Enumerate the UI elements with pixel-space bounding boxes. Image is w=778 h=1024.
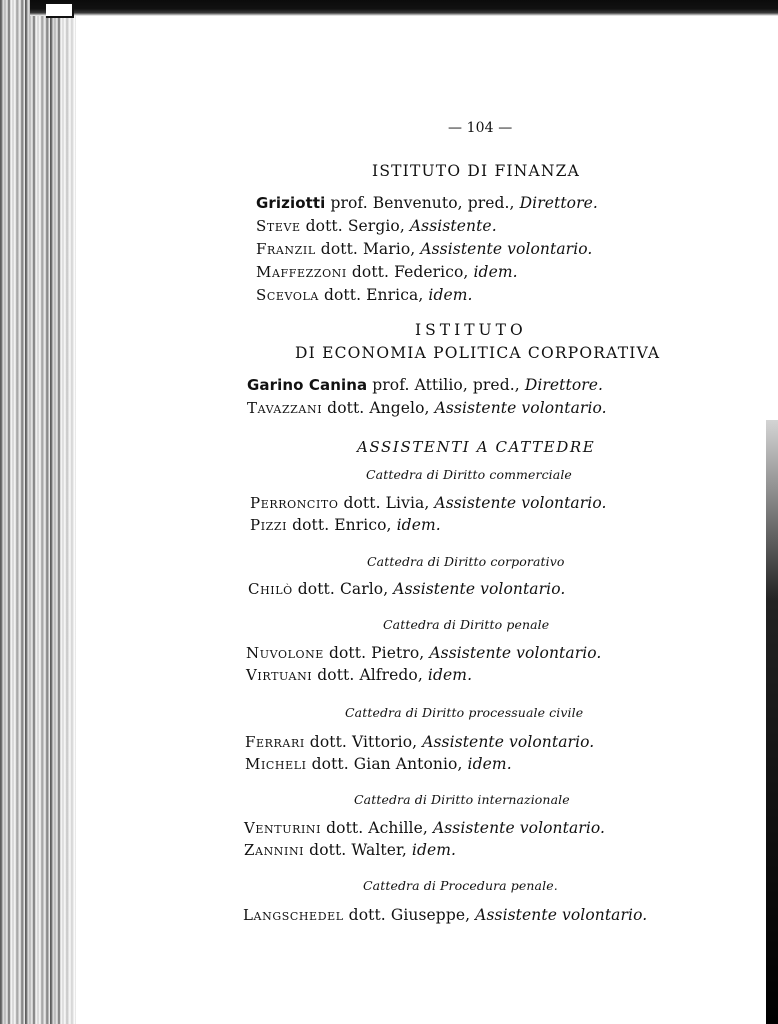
entry-perroncito: Perroncito dott. Livia, Assistente volon… <box>250 493 607 513</box>
entry-scevola: Scevola dott. Enrica, idem. <box>256 285 473 305</box>
surname: Griziotti <box>256 194 325 212</box>
chair-diritto-internazionale: Cattedra di Diritto internazionale <box>354 790 570 810</box>
entry-tavazzani: Tavazzani dott. Angelo, Assistente volon… <box>247 398 607 418</box>
surname: Perroncito <box>250 494 338 512</box>
role: Assistente volontario. <box>420 240 592 258</box>
role: idem. <box>428 666 472 684</box>
assistants-title: ASSISTENTI A CATTEDRE <box>357 437 595 457</box>
role: idem. <box>428 286 472 304</box>
surname: Scevola <box>256 286 319 304</box>
role: Assistente. <box>410 217 497 235</box>
surname: Steve <box>256 217 301 235</box>
role: Assistente volontario. <box>475 906 647 924</box>
role: Assistente volontario. <box>434 494 606 512</box>
role: Assistente volontario. <box>435 399 607 417</box>
entry-details: dott. Enrica, <box>319 286 428 304</box>
surname: Zannini <box>244 841 304 859</box>
entry-details: dott. Carlo, <box>293 580 394 598</box>
entry-virtuani: Virtuani dott. Alfredo, idem. <box>246 665 472 685</box>
entry-maffezzoni: Maffezzoni dott. Federico, idem. <box>256 262 518 282</box>
entry-details: dott. Gian Antonio, <box>307 755 468 773</box>
role: Assistente volontario. <box>422 733 594 751</box>
chair-diritto-penale: Cattedra di Diritto penale <box>383 615 549 635</box>
surname: Venturini <box>244 819 321 837</box>
entry-steve: Steve dott. Sergio, Assistente. <box>256 216 497 236</box>
entry-langschedel: Langschedel dott. Giuseppe, Assistente v… <box>243 905 647 925</box>
surname: Langschedel <box>243 906 344 924</box>
entry-nuvolone: Nuvolone dott. Pietro, Assistente volont… <box>246 643 601 663</box>
surname: Garino Canina <box>247 376 367 394</box>
chair-diritto-processuale-civile: Cattedra di Diritto processuale civile <box>345 703 583 723</box>
surname: Micheli <box>245 755 307 773</box>
entry-details: dott. Alfredo, <box>312 666 428 684</box>
document-page: — 104 — ISTITUTO DI FINANZA Griziotti pr… <box>0 0 778 1024</box>
entry-details: dott. Livia, <box>338 494 434 512</box>
entry-griziotti: Griziotti prof. Benvenuto, pred., Dirett… <box>256 193 598 213</box>
role: Direttore. <box>525 376 603 394</box>
page-number: — 104 — <box>448 118 512 138</box>
role: idem. <box>468 755 512 773</box>
chair-diritto-corporativo: Cattedra di Diritto corporativo <box>367 552 565 572</box>
entry-venturini: Venturini dott. Achille, Assistente volo… <box>244 818 605 838</box>
entry-details: dott. Pietro, <box>324 644 429 662</box>
entry-zannini: Zannini dott. Walter, idem. <box>244 840 456 860</box>
entry-ferrari: Ferrari dott. Vittorio, Assistente volon… <box>245 732 594 752</box>
role: idem. <box>397 516 441 534</box>
entry-details: dott. Mario, <box>316 240 421 258</box>
role: idem. <box>412 841 456 859</box>
entry-franzil: Franzil dott. Mario, Assistente volontar… <box>256 239 592 259</box>
entry-pizzi: Pizzi dott. Enrico, idem. <box>250 515 441 535</box>
chair-diritto-commerciale: Cattedra di Diritto commerciale <box>366 465 572 485</box>
surname: Ferrari <box>245 733 305 751</box>
entry-micheli: Micheli dott. Gian Antonio, idem. <box>245 754 512 774</box>
role: Assistente volontario. <box>429 644 601 662</box>
entry-garino-canina: Garino Canina prof. Attilio, pred., Dire… <box>247 375 603 395</box>
section-title-istituto-line1: ISTITUTO <box>415 320 527 340</box>
entry-chilo: Chilò dott. Carlo, Assistente volontario… <box>248 579 565 599</box>
surname: Nuvolone <box>246 644 324 662</box>
role: idem. <box>473 263 517 281</box>
surname: Virtuani <box>246 666 312 684</box>
entry-details: prof. Benvenuto, pred., <box>325 194 519 212</box>
entry-details: dott. Federico, <box>347 263 474 281</box>
surname: Tavazzani <box>247 399 322 417</box>
entry-details: dott. Angelo, <box>322 399 434 417</box>
entry-details: dott. Vittorio, <box>305 733 422 751</box>
entry-details: dott. Sergio, <box>301 217 410 235</box>
role: Assistente volontario. <box>393 580 565 598</box>
chair-procedura-penale: Cattedra di Procedura penale. <box>363 876 558 896</box>
entry-details: dott. Achille, <box>321 819 433 837</box>
surname: Chilò <box>248 580 293 598</box>
entry-details: prof. Attilio, pred., <box>367 376 525 394</box>
surname: Franzil <box>256 240 316 258</box>
surname: Pizzi <box>250 516 287 534</box>
section-title-istituto-line2: DI ECONOMIA POLITICA CORPORATIVA <box>295 343 660 363</box>
surname: Maffezzoni <box>256 263 347 281</box>
entry-details: dott. Walter, <box>304 841 412 859</box>
role: Assistente volontario. <box>433 819 605 837</box>
entry-details: dott. Giuseppe, <box>344 906 476 924</box>
section-title-istituto-finanza: ISTITUTO DI FINANZA <box>372 161 580 181</box>
role: Direttore. <box>520 194 598 212</box>
entry-details: dott. Enrico, <box>287 516 397 534</box>
